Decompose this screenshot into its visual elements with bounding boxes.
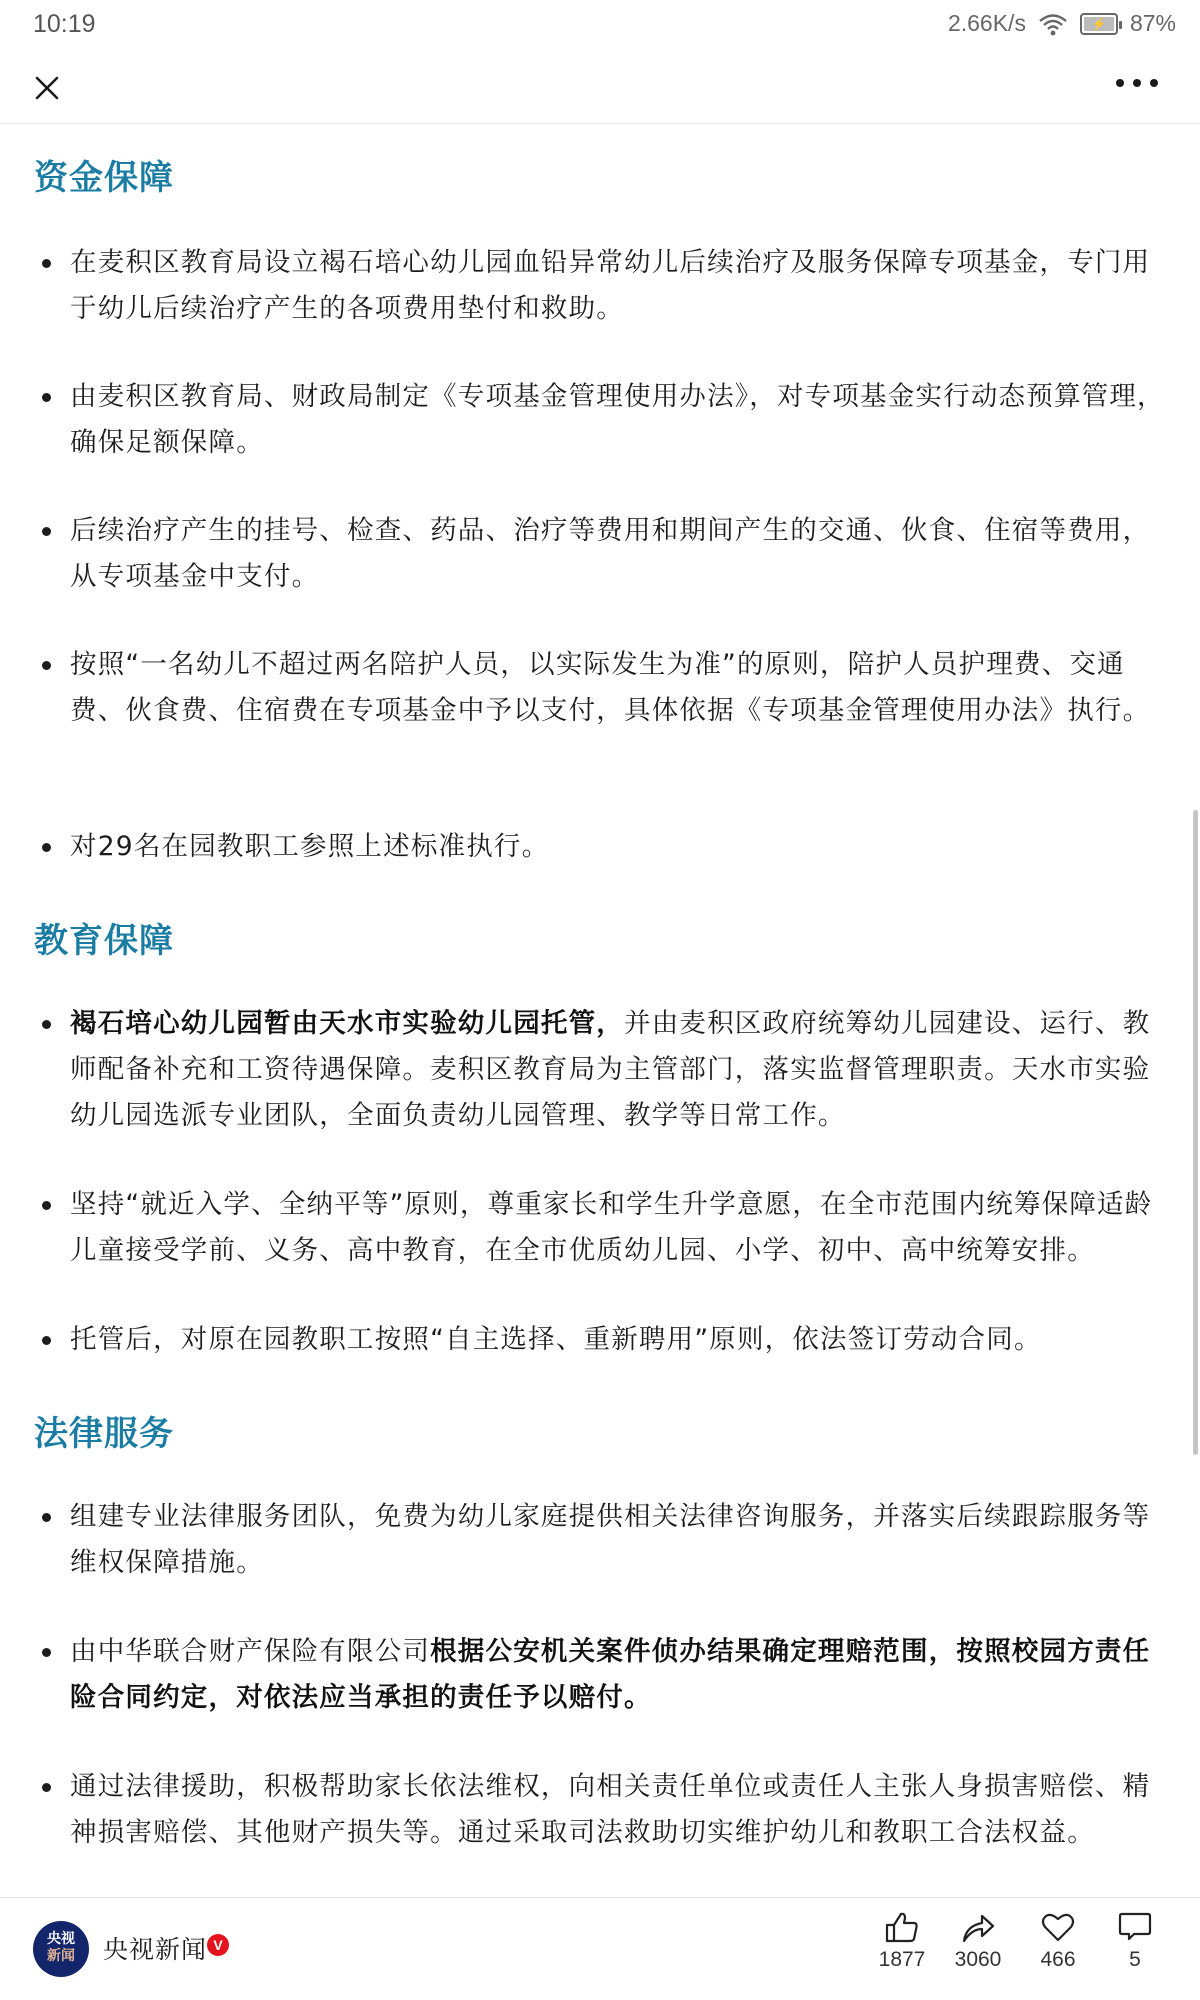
like-button[interactable]: 1877 <box>862 1910 942 1972</box>
close-icon <box>30 71 64 105</box>
comment-button[interactable]: 5 <box>1095 1910 1175 1972</box>
list-item: 由麦积区教育局、财政局制定《专项基金管理使用办法》，对专项基金实行动态预算管理，… <box>42 374 1172 466</box>
battery-percent: 87% <box>1130 10 1176 37</box>
network-speed: 2.66K/s <box>948 10 1026 37</box>
list-item: 托管后，对原在园教职工按照“自主选择、重新聘用”原则，依法签订劳动合同。 <box>42 1317 1172 1363</box>
list-item: 按照“一名幼儿不超过两名陪护人员，以实际发生为准”的原则，陪护人员护理费、交通费… <box>42 642 1172 734</box>
favorite-button[interactable]: 466 <box>1018 1910 1098 1972</box>
status-indicators: 2.66K/s ⚡ 87% <box>948 10 1176 37</box>
bottom-action-bar: 央视 新闻 央视新闻 V 1877 3060 466 <box>0 1897 1200 2000</box>
section-heading-education: 教育保障 <box>34 913 174 962</box>
author-name[interactable]: 央视新闻 <box>103 1930 207 1966</box>
heart-icon <box>1040 1910 1076 1944</box>
wifi-icon <box>1038 12 1068 36</box>
status-bar: 10:19 2.66K/s ⚡ 87% <box>0 0 1200 52</box>
author-avatar[interactable]: 央视 新闻 <box>33 1921 89 1977</box>
list-item: 在麦积区教育局设立褐石培心幼儿园血铅异常幼儿后续治疗及服务保障专项基金，专门用于… <box>42 240 1172 332</box>
more-horizontal-icon <box>1116 79 1124 87</box>
list-item: 通过法律援助，积极帮助家长依法维权，向相关责任单位或责任人主张人身损害赔偿、精神… <box>42 1764 1172 1856</box>
close-button[interactable] <box>30 71 64 105</box>
share-button[interactable]: 3060 <box>938 1910 1018 1972</box>
engagement-actions: 1877 3060 466 5 <box>860 1898 1200 2000</box>
section-heading-legal: 法律服务 <box>34 1406 174 1455</box>
comment-icon <box>1117 1910 1153 1944</box>
thumbs-up-icon <box>884 1910 920 1944</box>
list-item: 坚持“就近入学、全纳平等”原则，尊重家长和学生升学意愿，在全市范围内统筹保障适龄… <box>42 1182 1172 1274</box>
list-item: 褐石培心幼儿园暂由天水市实验幼儿园托管，并由麦积区政府统筹幼儿园建设、运行、教师… <box>42 1001 1172 1139</box>
verified-badge-icon: V <box>207 1934 229 1956</box>
list-item: 组建专业法律服务团队，免费为幼儿家庭提供相关法律咨询服务，并落实后续跟踪服务等维… <box>42 1494 1172 1586</box>
list-item: 对29名在园教职工参照上述标准执行。 <box>42 824 1172 870</box>
status-time: 10:19 <box>33 10 96 39</box>
share-icon <box>960 1910 996 1944</box>
top-nav-bar <box>0 52 1200 124</box>
section-heading-funding: 资金保障 <box>34 150 174 199</box>
list-item: 后续治疗产生的挂号、检查、药品、治疗等费用和期间产生的交通、伙食、住宿等费用，从… <box>42 508 1172 600</box>
battery-charging-icon: ⚡ <box>1080 13 1118 35</box>
scrollbar[interactable] <box>1193 810 1198 1455</box>
more-options-button[interactable] <box>1116 79 1158 87</box>
list-item: 由中华联合财产保险有限公司根据公安机关案件侦办结果确定理赔范围，按照校园方责任险… <box>42 1629 1172 1721</box>
